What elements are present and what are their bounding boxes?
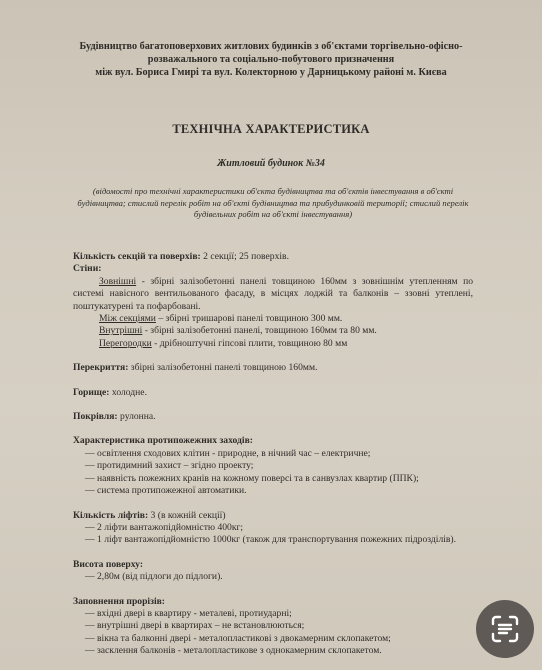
- list-item: — 1 ліфт вантажопідйомністю 1000кг (тако…: [73, 534, 473, 546]
- ceilings-row: Перекриття: збірні залізобетонні панелі …: [73, 362, 473, 374]
- floor-height-label: Висота поверху:: [73, 559, 473, 571]
- field-label: Кількість ліфтів:: [73, 510, 148, 521]
- roof-row: Покрівля: рулонна.: [73, 411, 473, 423]
- document-header: Будівництво багатоповерхових житлових бу…: [60, 40, 482, 79]
- wall-term: Внутрішні: [99, 325, 142, 336]
- wall-text: - збірні залізобетонні панелі, товщиною …: [142, 325, 377, 336]
- wall-text: - дрібноштучні гіпсові плити, товщиною 8…: [152, 338, 348, 349]
- field-value: збірні залізобетонні панелі товщиною 160…: [128, 362, 317, 373]
- walls-label: Стіни:: [73, 263, 473, 275]
- header-line: Будівництво багатоповерхових житлових бу…: [60, 40, 482, 53]
- wall-item-external: Зовнішні - збірні залізобетонні панелі т…: [73, 276, 473, 313]
- list-item: — система протипожежної автоматики.: [73, 485, 473, 497]
- field-label: Горище:: [73, 387, 109, 398]
- text-scan-icon: [490, 614, 520, 644]
- field-label: Покрівля:: [73, 411, 118, 422]
- openings-label: Заповнення прорізів:: [73, 596, 473, 608]
- list-item: — вхідні двері в квартиру - металеві, пр…: [73, 608, 473, 620]
- text-scan-button[interactable]: [476, 600, 534, 658]
- building-subtitle: Житловий будинок №34: [0, 158, 542, 169]
- field-label: Перекриття:: [73, 362, 128, 373]
- wall-item-internal: Внутрішні - збірні залізобетонні панелі,…: [73, 325, 473, 337]
- attic-row: Горище: холодне.: [73, 387, 473, 399]
- wall-term: Зовнішні: [99, 276, 136, 287]
- field-value: холодне.: [109, 387, 146, 398]
- sections-floors-row: Кількість секцій та поверхів: 2 секції; …: [73, 251, 473, 263]
- field-value: рулонна.: [118, 411, 156, 422]
- field-value: 3 (в кожній секції): [148, 510, 225, 521]
- explanatory-note: (відомості про технічні характеристики о…: [70, 186, 476, 221]
- list-item: — засклення балконів - металопластикове …: [73, 645, 473, 657]
- document-title: ТЕХНІЧНА ХАРАКТЕРИСТИКА: [0, 122, 542, 137]
- wall-text: – збірні тришарові панелі товщиною 300 м…: [156, 313, 342, 324]
- elevators-row: Кількість ліфтів: 3 (в кожній секції): [73, 510, 473, 522]
- field-value: 2 секції; 25 поверхів.: [201, 251, 289, 262]
- header-line: між вул. Бориса Гмирі та вул. Колекторно…: [60, 66, 482, 79]
- wall-item-partitions: Перегородки - дрібноштучні гіпсові плити…: [73, 338, 473, 350]
- list-item: — освітлення сходових клітин - природне,…: [73, 448, 473, 460]
- document-body: Кількість секцій та поверхів: 2 секції; …: [73, 251, 473, 658]
- list-item: — 2,80м (від підлоги до підлоги).: [73, 571, 473, 583]
- field-label: Кількість секцій та поверхів:: [73, 251, 201, 262]
- wall-term: Між секціями: [99, 313, 156, 324]
- wall-item-between-sections: Між секціями – збірні тришарові панелі т…: [73, 313, 473, 325]
- header-line: розважального та соціально-побутового пр…: [60, 53, 482, 66]
- list-item: — внутрішні двері в квартирах – не встан…: [73, 620, 473, 632]
- document-photo: Будівництво багатоповерхових житлових бу…: [0, 0, 542, 670]
- wall-term: Перегородки: [99, 338, 152, 349]
- list-item: — вікна та балконні двері - металопласти…: [73, 633, 473, 645]
- list-item: — протидимний захист – згідно проекту;: [73, 460, 473, 472]
- list-item: — наявність пожежних кранів на кожному п…: [73, 473, 473, 485]
- fire-safety-label: Характеристика протипожежних заходів:: [73, 435, 473, 447]
- list-item: — 2 ліфти вантажопідйомністю 400кг;: [73, 522, 473, 534]
